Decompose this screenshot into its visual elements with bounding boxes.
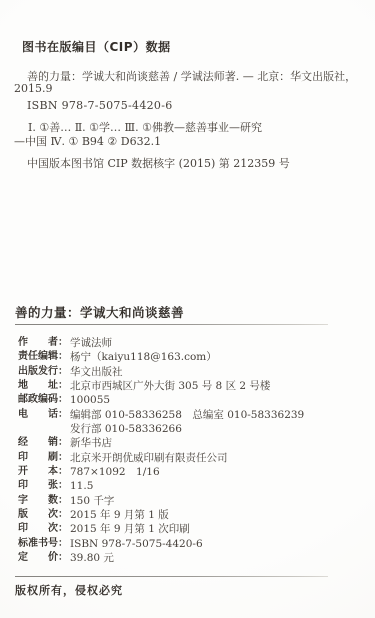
- colophon-row-value: 学诚法师: [70, 337, 112, 349]
- copyright-page: 图书在版编目（CIP）数据 善的力量：学诚大和尚谈慈善 / 学诚法师著. — 北…: [0, 0, 375, 618]
- colophon-row-value: 100055: [70, 394, 110, 406]
- colophon-row: 经 销：新华书店: [18, 436, 304, 450]
- colophon-row-value: ISBN 978-7-5075-4420-6: [70, 538, 203, 550]
- colophon-row-label: 印 刷：: [18, 451, 70, 465]
- colophon-row-label: 印 张：: [18, 479, 70, 493]
- colophon-row-label: 地 址：: [18, 379, 70, 393]
- book-title: 善的力量：学诚大和尚谈慈善: [15, 303, 184, 321]
- colophon-row: 作 者：学诚法师: [18, 336, 304, 350]
- colophon-row-label: 电 话：: [18, 408, 70, 422]
- colophon-row-label: 版 次：: [18, 508, 70, 522]
- colophon-row-value: 华文出版社: [70, 366, 123, 378]
- divider-rule-bottom: [15, 576, 328, 577]
- colophon-row-value: 39.80 元: [70, 552, 114, 564]
- colophon-row-value: 北京米开朗优威印刷有限责任公司: [70, 452, 228, 464]
- colophon-row: 发行部 010-58336266: [18, 422, 304, 436]
- cip-entry-line2: 2015.9: [14, 82, 53, 95]
- colophon-row: 标准书号：ISBN 978-7-5075-4420-6: [18, 537, 304, 551]
- colophon-row: 责任编辑：杨宁（kaiyu118@163.com）: [18, 350, 304, 364]
- colophon-row-value: 2015 年 9 月第 1 次印刷: [70, 523, 190, 535]
- colophon-row-label: 经 销：: [18, 436, 70, 450]
- colophon-row-value: 新华书店: [70, 437, 112, 449]
- cip-entry-line1: 善的力量：学诚大和尚谈慈善 / 学诚法师著. — 北京：华文出版社，: [27, 68, 356, 84]
- colophon-row-label: 标准书号：: [18, 537, 70, 551]
- colophon-row: 地 址：北京市西城区广外大街 305 号 8 区 2 号楼: [18, 379, 304, 393]
- cip-record-number: 中国版本图书馆 CIP 数据核字 (2015) 第 212359 号: [27, 155, 290, 171]
- colophon-row-value: 编辑部 010-58336258 总编室 010-58336239: [70, 409, 304, 421]
- cip-isbn-line: ISBN 978-7-5075-4420-6: [27, 99, 173, 112]
- colophon-row: 印 刷：北京米开朗优威印刷有限责任公司: [18, 451, 304, 465]
- copyright-notice: 版权所有，侵权必究: [15, 582, 123, 598]
- colophon-row-label: 定 价：: [18, 551, 70, 565]
- colophon-row: 版 次：2015 年 9 月第 1 版: [18, 508, 304, 522]
- colophon-row: 字 数：150 千字: [18, 494, 304, 508]
- colophon-row-value: 杨宁（kaiyu118@163.com）: [70, 351, 217, 363]
- colophon-row: 印 次：2015 年 9 月第 1 次印刷: [18, 522, 304, 536]
- colophon-row-value: 2015 年 9 月第 1 版: [70, 509, 169, 521]
- colophon-row-label: 作 者：: [18, 336, 70, 350]
- colophon-row: 开 本：787×1092 1/16: [18, 465, 304, 479]
- colophon-row-label: 邮政编码：: [18, 393, 70, 407]
- colophon-row-label: 开 本：: [18, 465, 70, 479]
- colophon-rows: 作 者：学诚法师 责任编辑：杨宁（kaiyu118@163.com） 出版发行：…: [18, 336, 304, 566]
- colophon-row: 出版发行：华文出版社: [18, 365, 304, 379]
- colophon-row: 定 价：39.80 元: [18, 551, 304, 565]
- colophon-row: 邮政编码：100055: [18, 393, 304, 407]
- colophon-row-value: 北京市西城区广外大街 305 号 8 区 2 号楼: [70, 380, 270, 392]
- colophon-row: 电 话：编辑部 010-58336258 总编室 010-58336239: [18, 408, 304, 422]
- colophon-row-value: 11.5: [70, 480, 93, 492]
- cip-header: 图书在版编目（CIP）数据: [22, 38, 171, 55]
- cip-classification-line2: —中国 Ⅳ. ① B94 ② D632.1: [14, 133, 161, 149]
- colophon-row-label: 印 次：: [18, 522, 70, 536]
- colophon-row-value: 150 千字: [70, 495, 114, 507]
- divider-rule-top: [15, 324, 328, 325]
- colophon-row-value: 发行部 010-58336266: [70, 423, 182, 435]
- colophon-row-label: 字 数：: [18, 494, 70, 508]
- colophon-row-value: 787×1092 1/16: [70, 466, 160, 478]
- colophon-row-label: 出版发行：: [18, 365, 70, 379]
- colophon-row: 印 张：11.5: [18, 479, 304, 493]
- colophon-row-label: 责任编辑：: [18, 350, 70, 364]
